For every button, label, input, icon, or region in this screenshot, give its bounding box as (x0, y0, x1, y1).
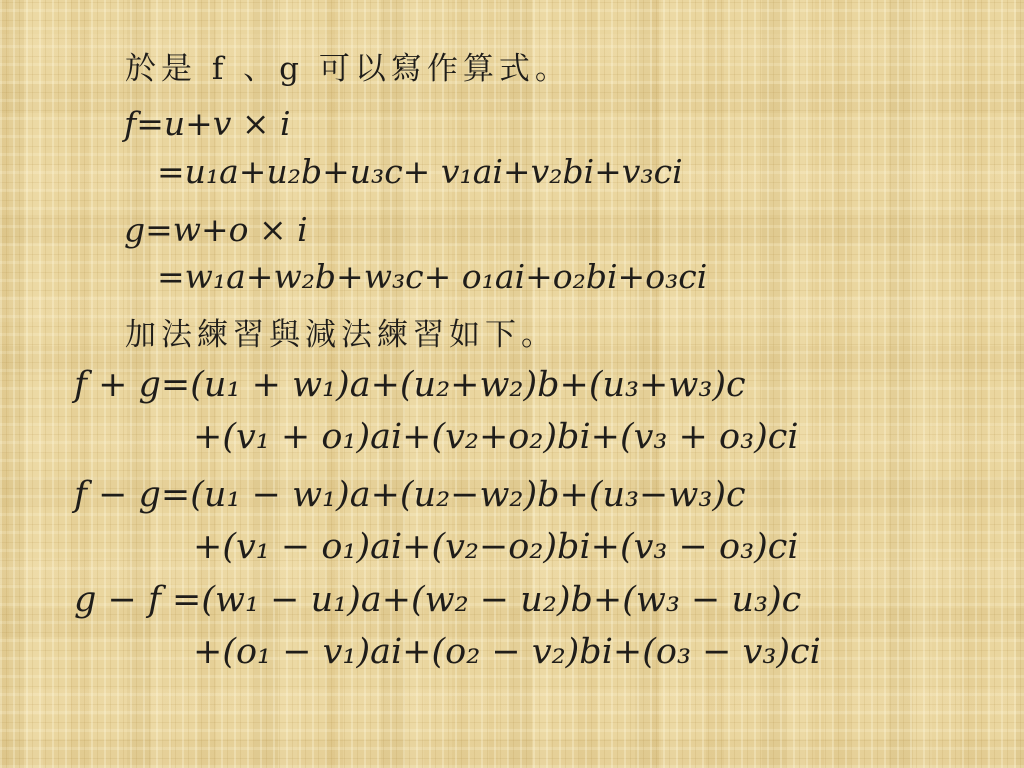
formula-f-minus-g-line2: +(v₁ − o₁)ai+(v₂−o₂)bi+(v₃ − o₃)ci (193, 528, 799, 567)
formula-g-expanded: =w₁a+w₂b+w₃c+ o₁ai+o₂bi+o₃ci (157, 259, 707, 295)
formula-f-plus-g-line1: f + g=(u₁ + w₁)a+(u₂+w₂)b+(u₃+w₃)c (74, 366, 746, 405)
intro-text: 於是 f 、g 可以寫作算式。 (125, 52, 571, 86)
formula-f-minus-g-line1: f − g=(u₁ − w₁)a+(u₂−w₂)b+(u₃−w₃)c (74, 476, 746, 515)
formula-g-minus-f-line2: +(o₁ − v₁)ai+(o₂ − v₂)bi+(o₃ − v₃)ci (193, 633, 821, 672)
formula-f-plus-g-line2: +(v₁ + o₁)ai+(v₂+o₂)bi+(v₃ + o₃)ci (193, 418, 799, 457)
practice-heading: 加法練習與減法練習如下。 (125, 318, 557, 352)
formula-g-definition: g=w+o × i (124, 212, 308, 248)
formula-g-minus-f-line1: g − f =(w₁ − u₁)a+(w₂ − u₂)b+(w₃ − u₃)c (74, 581, 801, 620)
formula-f-expanded: =u₁a+u₂b+u₃c+ v₁ai+v₂bi+v₃ci (157, 154, 683, 190)
formula-f-definition: f=u+v × i (124, 106, 291, 142)
slide-canvas: 於是 f 、g 可以寫作算式。 f=u+v × i =u₁a+u₂b+u₃c+ … (0, 0, 1024, 768)
